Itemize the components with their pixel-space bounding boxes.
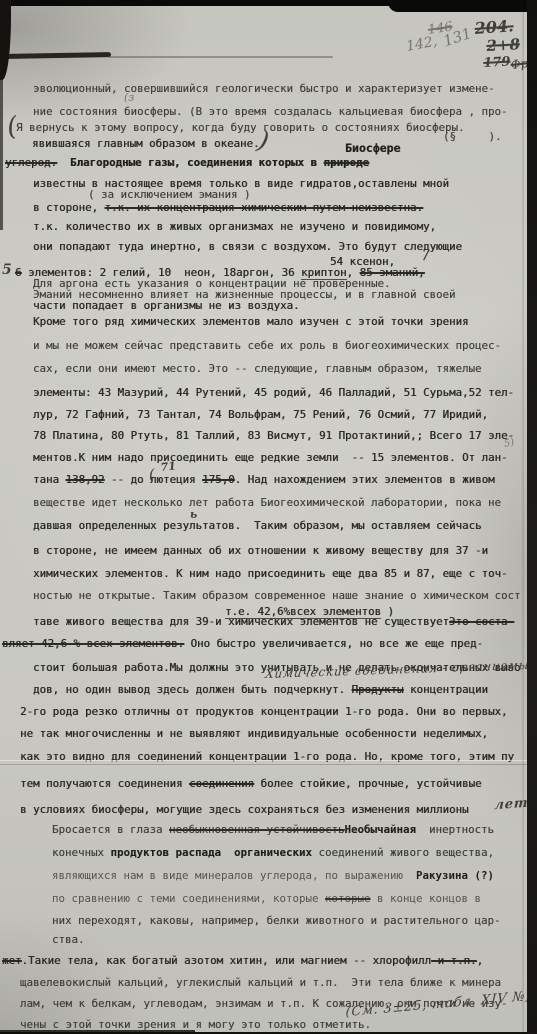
typed-line: являющихся нам в виде минералов углерода…	[52, 870, 494, 882]
typed-text: 2-го рода резко отличны от продуктов кон…	[20, 705, 508, 718]
typed-line: дов, но один вывод здесь должен быть под…	[33, 684, 488, 696]
typed-line: в условиях биосферы, могущие здесь сохра…	[20, 804, 469, 816]
typed-line: ства.	[52, 934, 85, 946]
typed-line: лур, 72 Гафний, 73 Тантал, 74 Вольфрам, …	[33, 409, 488, 421]
scan-bottom-edge	[0, 1030, 195, 1034]
struck-text: которые	[325, 892, 371, 905]
typed-text: химических элементов. К ним надо присоед…	[33, 567, 508, 580]
typed-text: не так многочисленны и не выявляют индив…	[20, 727, 488, 740]
typed-text: продуктов распада органических	[111, 846, 319, 859]
typed-line: вляет 42,6 % всех элементов. Оно быстро …	[2, 638, 483, 650]
reference-note: (См. 3±25, табл. XIV №)	[345, 989, 531, 1020]
typed-line: ние состояния биосферы. (В это время соз…	[33, 106, 508, 118]
struck-text: необыкновенная устойчивость	[169, 823, 345, 836]
typed-text: давшая определенных результатов. Таким о…	[33, 519, 482, 532]
scan-right-edge	[527, 0, 537, 1034]
typed-text	[57, 156, 70, 169]
correction-letter: ь	[190, 508, 197, 521]
typed-line: веществе идет несколько лет работа Биоге…	[33, 497, 501, 509]
typed-line: они попадают туда инертно, в связи с воз…	[33, 241, 462, 253]
typed-line: ( за исключением эмания )	[88, 189, 251, 201]
typed-text: инертность	[416, 823, 494, 836]
typed-line: 2-го рода резко отличны от продуктов кон…	[20, 706, 508, 718]
typed-text: явившаяся главным образом в океане.	[32, 137, 260, 150]
ink-smear-tail	[108, 56, 333, 58]
hand-paren-open: (	[148, 465, 155, 483]
typed-line: них переходят, каковы, например, белки ж…	[52, 915, 501, 927]
typed-text: Биосфере	[345, 141, 400, 155]
correction-number: 71	[160, 459, 177, 474]
typed-text: таве живого вещества для 39-и химических…	[33, 615, 449, 628]
typed-text: .Такие тела, как богатый азотом хитин, и…	[22, 954, 432, 967]
scan-top-right-edge	[388, 0, 537, 12]
typed-line: явившаяся главным образом в океане.	[32, 138, 260, 150]
check-mark: ∕	[424, 248, 429, 263]
typed-text: дов, но один вывод здесь должен быть под…	[33, 683, 352, 696]
typed-text: и мы не можем сейчас представить себе их…	[33, 339, 501, 352]
struck-text: Продукты	[352, 683, 404, 696]
typed-text: элементы: 43 Мазурий, 44 Рутений, 45 род…	[33, 386, 514, 399]
struck-text: вляет 42,6 % всех элементов.	[2, 637, 184, 650]
typed-line: не так многочисленны и не выявляют индив…	[20, 728, 488, 740]
struck-text: жет	[2, 954, 22, 967]
insertion-mark: (з	[124, 91, 134, 104]
typed-text: в стороне,	[33, 201, 105, 214]
typed-text: являющихся нам в виде минералов углерода…	[52, 869, 416, 882]
typed-line: ментов.К ним надо присоединить еще редки…	[33, 452, 508, 464]
typed-line: тем получаются соединения соединения бол…	[20, 778, 482, 790]
typed-text: щавелевокислый кальций, углекислый кальц…	[20, 976, 501, 989]
typed-text: лютеция	[150, 473, 202, 486]
typed-line: давшая определенных результатов. Таким о…	[33, 520, 482, 532]
scanned-document: эволюционный, совершившийся геологически…	[0, 0, 537, 1034]
typed-text: . Над нахождением этих элементов в живом	[235, 473, 495, 486]
struck-text: 175,0	[202, 473, 235, 486]
typed-text: ностью не открытые. Таким образом соврем…	[33, 589, 521, 602]
typed-line: щавелевокислый кальций, углекислый кальц…	[20, 977, 501, 989]
typed-line: конечных продуктов распада органических …	[52, 847, 494, 859]
typed-text: тана	[33, 473, 66, 486]
typed-line: (§ ).	[443, 131, 502, 143]
typed-text: лур, 72 Гафний, 73 Тантал, 74 Вольфрам, …	[33, 408, 488, 421]
typed-text: тем получаются соединения	[20, 777, 189, 790]
struck-text: Это соста-	[449, 615, 514, 628]
struck-text: соединения	[189, 777, 254, 790]
scan-left-edge	[0, 60, 3, 230]
typed-text: сах, если они имеют место. Это -- следую…	[33, 362, 482, 375]
typed-text: Бросается в глаза	[52, 823, 169, 836]
hand-paren-open: (	[5, 112, 19, 143]
typed-text: веществе идет несколько лет работа Биоге…	[33, 496, 501, 509]
typed-line: ностью не открытые. Таким образом соврем…	[33, 590, 521, 602]
typed-text: Кроме того ряд химических элементов мало…	[33, 315, 469, 328]
typed-text: эволюционный, совершившийся геологически…	[33, 82, 495, 95]
typed-line: жет.Такие тела, как богатый азотом хитин…	[2, 955, 483, 967]
typed-text: по сравнению с теми соединениями, которы…	[52, 892, 325, 905]
typed-text: Необычайная	[345, 823, 417, 836]
typed-line: по сравнению с теми соединениями, которы…	[52, 893, 481, 905]
page-right-crease	[521, 0, 524, 1034]
typed-text: в условиях биосферы, могущие здесь сохра…	[20, 803, 469, 816]
margin-number: 5	[2, 262, 12, 278]
typed-line: 78 Платина, 80 Ртуть, 81 Таллий, 83 Висм…	[33, 430, 514, 442]
typed-line: части попадает в организмы не из воздуха…	[33, 300, 300, 312]
typed-text: 78 Платина, 80 Ртуть, 81 Таллий, 83 Висм…	[33, 429, 514, 442]
typed-line: тана 138,92 -- до лютеция 175,0. Над нах…	[33, 474, 495, 486]
typed-text: (§ ).	[443, 130, 502, 143]
typed-line: в стороне, т.к. их концентрация химическ…	[33, 202, 423, 214]
typed-text: в конце концов в	[371, 892, 482, 905]
typed-line: т.к. количество их в живых организмах не…	[33, 221, 436, 233]
typed-text: они попадают туда инертно, в связи с воз…	[33, 240, 462, 253]
struck-text: т.к. их концентрация химическим путем не…	[105, 201, 424, 214]
typed-line: таве живого вещества для 39-и химических…	[33, 616, 514, 628]
typed-text: части попадает в организмы не из воздуха…	[33, 299, 300, 312]
struck-text: природе	[324, 156, 370, 169]
typed-line: в стороне, не имеем данных об их отношен…	[33, 545, 488, 557]
typed-text: т.к. количество их в живых организмах не…	[33, 220, 436, 233]
typed-line: и мы не можем сейчас представить себе их…	[33, 340, 501, 352]
typed-text: ( за исключением эмания )	[88, 188, 251, 201]
typed-text: Я вернусь к этому вопросу, когда буду го…	[16, 121, 465, 134]
typed-line: сах, если они имеют место. Это -- следую…	[33, 363, 482, 375]
struck-text: углерод.	[5, 156, 57, 169]
paper: эволюционный, совершившийся геологически…	[0, 5, 528, 1032]
struck-text: 138,92	[66, 473, 105, 486]
typed-line: химических элементов. К ним надо присоед…	[33, 568, 508, 580]
struck-text: -и-т.п.	[431, 954, 477, 967]
typed-text: более стойкие, прочные, устойчивые	[254, 777, 482, 790]
typed-text: ментов.К ним надо присоединить еще редки…	[33, 451, 508, 464]
typed-line: элементы: 43 Мазурий, 44 Рутений, 45 род…	[33, 387, 514, 399]
typed-line: эволюционный, совершившийся геологически…	[33, 83, 495, 95]
typed-line: углерод. Благородные газы, соединения ко…	[5, 157, 369, 169]
typed-text: ние состояния биосферы. (В это время соз…	[33, 105, 508, 118]
typed-text: концентрации	[404, 683, 489, 696]
page-number-note: 179	[483, 55, 511, 71]
typed-line: Бросается в глаза необыкновенная устойчи…	[52, 824, 494, 836]
fold-crease	[0, 760, 537, 765]
typed-text: в стороне, не имеем данных об их отношен…	[33, 544, 488, 557]
typed-line: Я вернусь к этому вопросу, когда буду го…	[16, 122, 465, 134]
typed-line: Кроме того ряд химических элементов мало…	[33, 316, 469, 328]
page-number-note: 142,	[405, 34, 438, 55]
typed-text: ,	[477, 954, 484, 967]
typed-text: Ракузина (?)	[416, 869, 494, 882]
page-number-note: 204.	[474, 16, 514, 38]
typed-text: Благородные газы, соединения которых в	[70, 156, 324, 169]
typed-text: ства.	[52, 933, 85, 946]
typed-text: них переходят, каковы, например, белки ж…	[52, 914, 501, 927]
typed-text: конечных	[52, 846, 111, 859]
margin-note: 5)	[503, 437, 515, 450]
page-number-note: 2+8	[486, 35, 520, 55]
typed-text: Оно быстро увеличивается, но все же еще …	[184, 637, 483, 650]
typed-text: -- до	[105, 473, 151, 486]
typed-text: соединений живого вещества,	[319, 846, 495, 859]
typed-line: Биосфере	[345, 142, 400, 155]
